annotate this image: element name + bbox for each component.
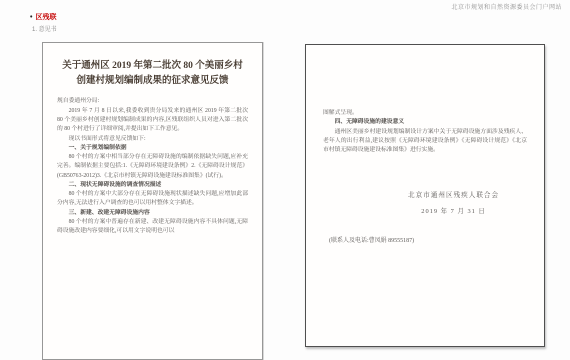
document-body-page-1: 规自委通州分局: 2019 年 7 月 8 日以来,我委收到贵分局发来的通州区 …: [57, 97, 248, 236]
body-paragraph: 2019 年 7 月 8 日以来,我委收到贵分局发来的通州区 2019 年第二批…: [57, 107, 248, 135]
signature-block: 北京市通州区残疾人联合会 2019 年 7 月 31 日: [380, 189, 527, 215]
document-body-page-2: 图解式呈现。 四、无障碍设施的建设意义 通州区美丽乡村建设规划编制设计方案中关于…: [323, 109, 527, 155]
signature-organization: 北京市通州区残疾人联合会: [380, 189, 527, 199]
body-paragraph: 80 个村的方案中普遍存在新建、改建无障碍设施内容不具体问题,无障碍设施改建内容…: [57, 218, 248, 237]
print-preview-canvas: { "print_header": "北京市规划和自然资源委员会门户网站", "…: [0, 0, 570, 360]
section-heading-3: 三、新建、改建无障碍设施内容: [57, 209, 248, 218]
document-page-2: 图解式呈现。 四、无障碍设施的建设意义 通州区美丽乡村建设规划编制设计方案中关于…: [305, 44, 545, 347]
body-paragraph: 80 个村的方案中大部分存在无障碍设施现状描述缺失问题,应增加此部分内容,无法进…: [57, 190, 248, 209]
signature-date: 2019 年 7 月 31 日: [380, 206, 527, 215]
body-paragraph-continued: 图解式呈现。: [323, 109, 527, 118]
document-title: 关于通州区 2019 年第二批次 80 个美丽乡村创建村规划编制成果的征求意见反…: [59, 59, 246, 88]
salutation-line: 规自委通州分局:: [57, 97, 248, 106]
contact-info-line: (联系人及电话:曹凤娟 89555187): [323, 235, 527, 244]
body-paragraph: 现以书面形式将意见反馈如下:: [57, 135, 248, 144]
section-heading-4: 四、无障碍设施的建设意义: [323, 118, 527, 127]
body-paragraph: 通州区美丽乡村建设规划编制设计方案中关于无障碍设施方面涉及残疾人、老年人的出行利…: [323, 128, 527, 156]
section-heading-2: 二、现状无障碍设施的调查情况描述: [57, 181, 248, 190]
print-header-text: 北京市规划和自然资源委员会门户网站: [451, 2, 562, 11]
bookmark-panel: • 区残联 1. 意见书: [30, 12, 57, 33]
bullet-icon: •: [30, 14, 32, 21]
document-page-1: 关于通州区 2019 年第二批次 80 个美丽乡村创建村规划编制成果的征求意见反…: [42, 42, 263, 360]
section-heading-1: 一、关于规划编制依据: [57, 144, 248, 153]
bookmark-item-main[interactable]: • 区残联: [30, 12, 57, 22]
body-paragraph: 80 个村的方案中相当部分存在无障碍设施的编制依据缺失问题,应补充完善。编制依据…: [57, 153, 248, 181]
bookmark-main-label: 区残联: [35, 12, 56, 22]
bookmark-item-sub[interactable]: 1. 意见书: [32, 24, 57, 33]
